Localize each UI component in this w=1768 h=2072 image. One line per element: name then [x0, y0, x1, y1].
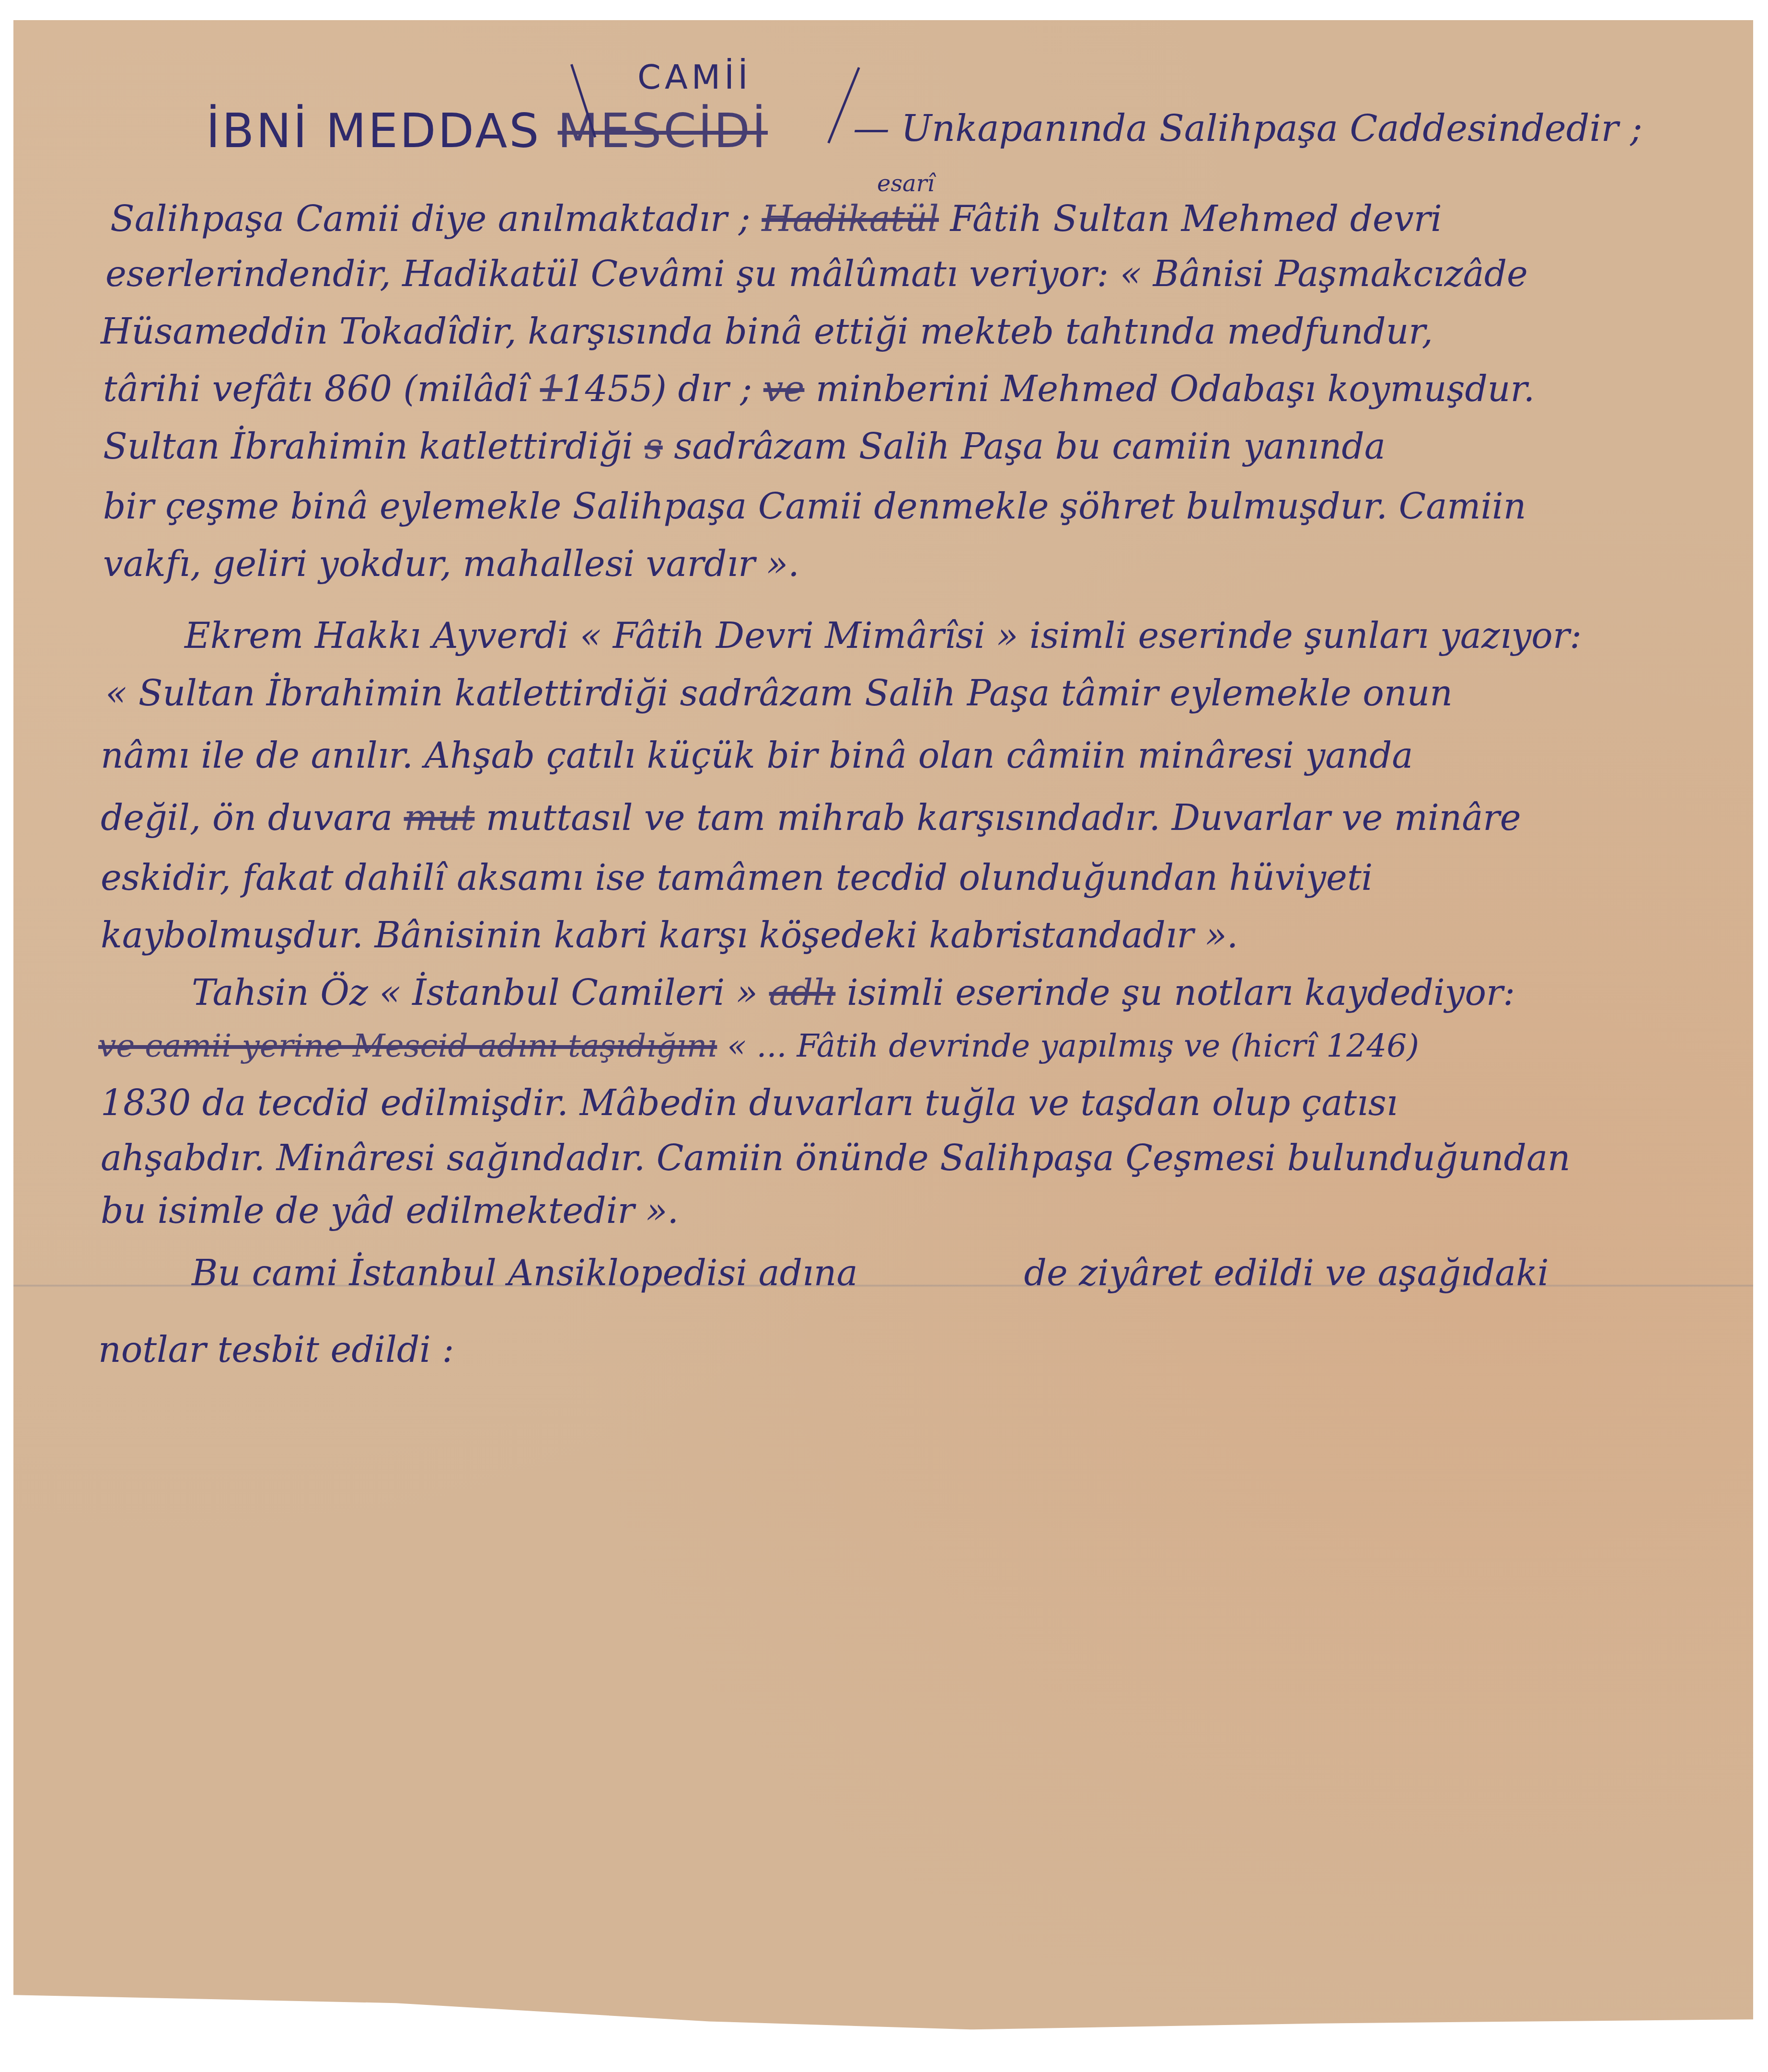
text-line-6: bir çeşme binâ eylemekle Salihpaşa Camii… — [103, 489, 1526, 524]
text-line-11: değil, ön duvara mut muttasıl ve tam mih… — [101, 800, 1521, 836]
text-line-7: vakfı, geliri yokdur, mahallesi vardır »… — [103, 546, 799, 582]
text-segment: Salihpaşa Camii diye anılmaktadır ; — [110, 198, 751, 240]
text-line-12: eskidir, fakat dahilî aksamı ise tamâmen… — [101, 860, 1373, 896]
text-line-5: Sultan İbrahimin katlettirdiği s sadrâza… — [103, 429, 1386, 464]
text-segment: muttasıl ve tam mihrab karşısındadır. Du… — [486, 797, 1521, 839]
title-struck-word: MESCİDİ — [558, 104, 768, 159]
struck-text: ve camii yerine Mescid adını taşıdığını — [98, 1027, 717, 1064]
text-segment: Tahsin Öz « İstanbul Camileri » — [192, 972, 758, 1013]
text-segment: târihi vefâtı 860 (milâdî — [103, 368, 529, 410]
text-segment: de ziyâret edildi ve aşağıdaki — [1024, 1253, 1549, 1294]
struck-text: 1 — [540, 368, 563, 410]
title-location-text: — Unkapanında Salihpaşa Caddesindedir ; — [853, 110, 1642, 147]
struck-text: ve — [763, 368, 805, 410]
text-segment: isimli eserinde şu notları kaydediyor: — [847, 972, 1515, 1013]
text-line-1: Salihpaşa Camii diye anılmaktadır ; Hadi… — [110, 201, 1442, 237]
text-segment: Fâtih Sultan Mehmed devri — [950, 198, 1442, 240]
text-line-13: kaybolmuşdur. Bânisinin kabri karşı köşe… — [101, 918, 1238, 953]
insert-esari: esarî — [877, 170, 935, 197]
page-title: İBNİ MEDDAS MESCİDİ — [206, 108, 768, 155]
text-segment: değil, ön duvara — [101, 797, 393, 839]
text-line-17: ahşabdır. Minâresi sağındadır. Camiin ön… — [101, 1140, 1571, 1176]
text-line-2: eserlerindendir, Hadikatül Cevâmi şu mâl… — [105, 256, 1528, 292]
text-segment: 1455) dır ; — [563, 368, 752, 410]
text-line-10: nâmı ile de anılır. Ahşab çatılı küçük b… — [101, 738, 1413, 773]
text-line-9: « Sultan İbrahimin katlettirdiği sadrâza… — [105, 676, 1453, 711]
text-segment: minberini Mehmed Odabaşı koymuşdur. — [816, 368, 1535, 410]
struck-text: s — [645, 426, 663, 467]
text-segment: « ... Fâtih devrinde yapılmış ve (hicrî … — [727, 1027, 1419, 1064]
text-line-8: Ekrem Hakkı Ayverdi « Fâtih Devri Mimârî… — [185, 618, 1582, 654]
struck-text: Hadikatül — [762, 198, 939, 240]
text-line-16: 1830 da tecdid edilmişdir. Mâbedin duvar… — [101, 1085, 1398, 1121]
text-line-3: Hüsameddin Tokadîdir, karşısında binâ et… — [101, 314, 1433, 349]
text-segment: Bu cami İstanbul Ansiklopedisi adına — [192, 1253, 858, 1294]
title-insert-camii: CAMİİ — [637, 58, 751, 97]
text-line-19: Bu cami İstanbul Ansiklopedisi adına de … — [192, 1255, 1549, 1291]
struck-text: mut — [404, 797, 475, 839]
text-line-4: târihi vefâtı 860 (milâdî 11455) dır ; v… — [103, 371, 1535, 407]
text-line-15: ve camii yerine Mescid adını taşıdığını … — [98, 1030, 1419, 1062]
title-heading: İBNİ MEDDAS — [206, 104, 541, 159]
text-line-18: bu isimle de yâd edilmektedir ». — [101, 1193, 679, 1229]
text-segment: Sultan İbrahimin katlettirdiği — [103, 426, 633, 467]
text-line-20: notlar tesbit edildi : — [98, 1332, 454, 1368]
struck-text: adlı — [769, 972, 836, 1013]
text-line-14: Tahsin Öz « İstanbul Camileri » adlı isi… — [192, 975, 1515, 1011]
text-segment: sadrâzam Salih Paşa bu camiin yanında — [674, 426, 1385, 467]
